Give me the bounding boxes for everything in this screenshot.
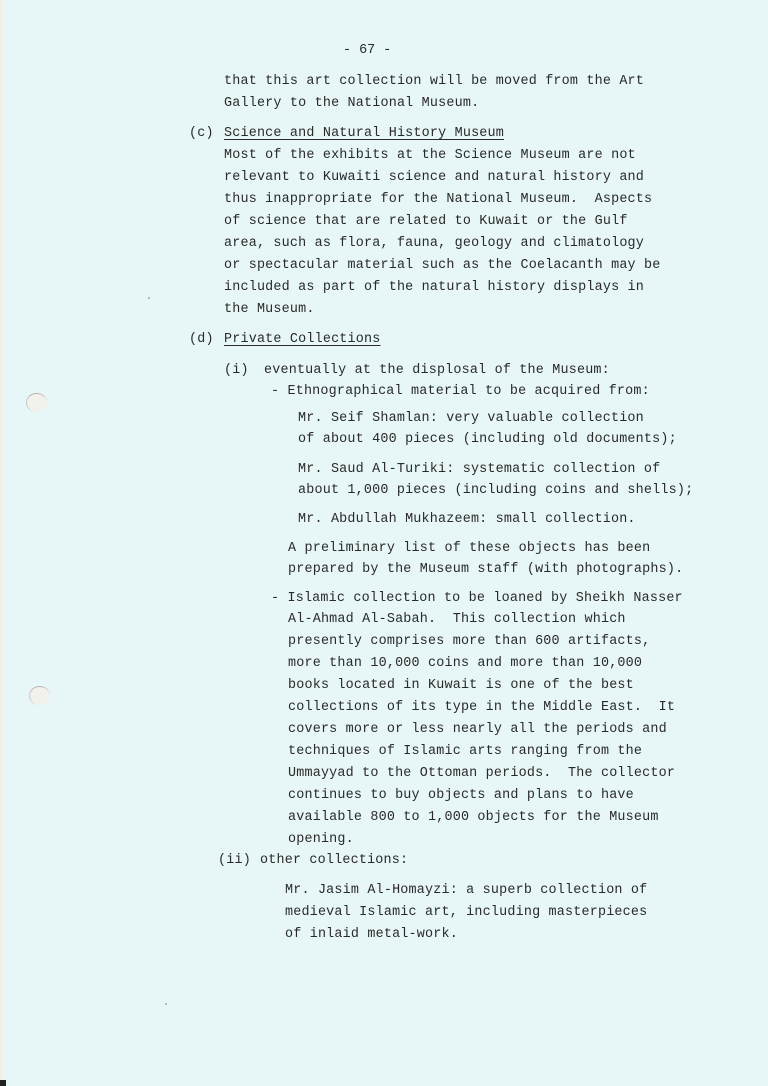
bullet-islamic-collection: - Islamic collection to be loaned by She… bbox=[271, 588, 683, 610]
body-line: included as part of the natural history … bbox=[224, 277, 644, 299]
body-line: opening. bbox=[288, 829, 354, 851]
collector-entry-line: Mr. Seif Shamlan: very valuable collecti… bbox=[298, 408, 644, 430]
paper-edge bbox=[0, 0, 3, 1086]
subsection-i-text: eventually at the displosal of the Museu… bbox=[264, 360, 610, 382]
punch-hole-top bbox=[26, 393, 47, 412]
section-c-label: (c) bbox=[189, 123, 214, 145]
body-line: thus inappropriate for the National Muse… bbox=[224, 189, 652, 211]
body-line: collections of its type in the Middle Ea… bbox=[288, 697, 675, 719]
collector-entry-line: about 1,000 pieces (including coins and … bbox=[298, 480, 693, 502]
collector-entry-line: Mr. Jasim Al-Homayzi: a superb collectio… bbox=[285, 880, 647, 902]
note-line: A preliminary list of these objects has … bbox=[288, 538, 650, 560]
body-line: available 800 to 1,000 objects for the M… bbox=[288, 807, 659, 829]
body-line: Ummayyad to the Ottoman periods. The col… bbox=[288, 763, 675, 785]
body-line: or spectacular material such as the Coel… bbox=[224, 255, 661, 277]
body-line: techniques of Islamic arts ranging from … bbox=[288, 741, 642, 763]
body-line: area, such as flora, fauna, geology and … bbox=[224, 233, 644, 255]
collector-entry-line: of inlaid metal-work. bbox=[285, 924, 458, 946]
subsection-ii-label: (ii) bbox=[218, 850, 251, 872]
body-line: that this art collection will be moved f… bbox=[224, 71, 644, 93]
body-line: books located in Kuwait is one of the be… bbox=[288, 675, 634, 697]
body-line: relevant to Kuwaiti science and natural … bbox=[224, 167, 644, 189]
collector-entry-line: Mr. Abdullah Mukhazeem: small collection… bbox=[298, 509, 636, 531]
subsection-ii-text: other collections: bbox=[260, 850, 408, 872]
body-line: Al-Ahmad Al-Sabah. This collection which bbox=[288, 609, 626, 631]
scan-corner-mark bbox=[0, 1080, 6, 1086]
punch-hole-bottom bbox=[29, 686, 50, 705]
paper-speck bbox=[148, 297, 150, 299]
collector-entry-line: medieval Islamic art, including masterpi… bbox=[285, 902, 647, 924]
document-page: - 67 - that this art collection will be … bbox=[0, 0, 768, 1086]
body-line: more than 10,000 coins and more than 10,… bbox=[288, 653, 642, 675]
collector-entry-line: Mr. Saud Al-Turiki: systematic collectio… bbox=[298, 459, 660, 481]
subsection-i-label: (i) bbox=[224, 360, 249, 382]
note-line: prepared by the Museum staff (with photo… bbox=[288, 559, 683, 581]
body-line: continues to buy objects and plans to ha… bbox=[288, 785, 634, 807]
body-line: Most of the exhibits at the Science Muse… bbox=[224, 145, 636, 167]
section-c-heading: Science and Natural History Museum bbox=[224, 123, 504, 145]
bullet-ethnographical: - Ethnographical material to be acquired… bbox=[271, 381, 650, 403]
body-line: of science that are related to Kuwait or… bbox=[224, 211, 628, 233]
section-d-heading: Private Collections bbox=[224, 329, 380, 351]
body-line: the Museum. bbox=[224, 299, 315, 321]
page-number: - 67 - bbox=[343, 40, 391, 62]
body-line: covers more or less nearly all the perio… bbox=[288, 719, 667, 741]
body-line: Gallery to the National Museum. bbox=[224, 93, 479, 115]
collector-entry-line: of about 400 pieces (including old docum… bbox=[298, 429, 677, 451]
section-d-label: (d) bbox=[189, 329, 214, 351]
body-line: presently comprises more than 600 artifa… bbox=[288, 631, 650, 653]
paper-speck bbox=[165, 1003, 167, 1005]
